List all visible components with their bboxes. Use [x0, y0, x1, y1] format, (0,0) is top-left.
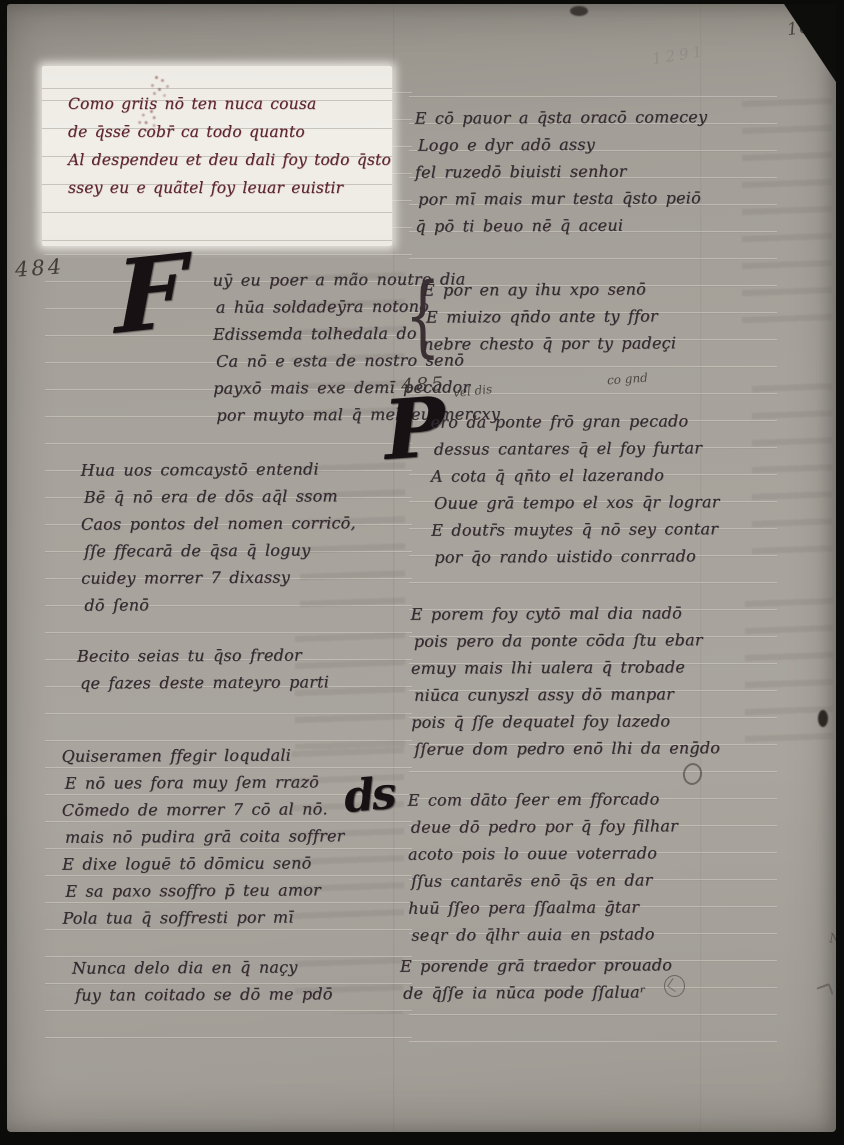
manuscript-line: dō ſenō — [84, 590, 356, 618]
bleedthrough-smudge — [742, 94, 832, 324]
right-stanza-5: E com dāto ſeer em fforcadodeue dō pedro… — [408, 785, 679, 948]
manuscript-line: por q̄o rando uistido conrrado — [434, 542, 720, 570]
torn-corner — [784, 4, 836, 82]
manuscript-line: ero da ponte frō gran pecado — [431, 407, 720, 436]
ink-stain — [570, 6, 588, 16]
manuscript-line: dessus cantares q̄ el foy furtar — [434, 434, 720, 462]
faded-foliation-number: 1291 — [651, 42, 707, 68]
manuscript-line: emuy mais lhi ualera q̄ trobade — [411, 653, 720, 682]
highlighted-excerpt-region: Como griis nō ten nuca cousade q̄ssē cob… — [42, 66, 392, 246]
scribal-note-corner: co gnd — [607, 371, 649, 388]
manuscript-line: acoto pois lo ouue voterrado — [408, 839, 678, 867]
manuscript-line: Hua uos comcaystō entendi — [81, 455, 356, 483]
left-stanza-5: Nunca delo dia en q̄ naçyfuy tan coitado… — [72, 953, 333, 1008]
manuscript-line: E dixe loguē tō dōmicu senō — [62, 849, 345, 877]
manuscript-line: de q̄ſſe ia nūca pode ſſaluaʳ — [403, 978, 672, 1006]
manuscript-line: payxō mais exe demī pecador — [213, 373, 500, 402]
manuscript-line: Cōmedo de morrer 7 cō al nō. — [62, 795, 345, 823]
manuscript-photo: 108 1291 Como griis nō ten nuca cousade … — [0, 0, 844, 1145]
manuscript-line: ssey eu e quãtel foy leuar euistir — [68, 174, 391, 202]
manuscript-line: q̄ pō ti beuo nē q̄ aceui — [415, 211, 708, 240]
margin-scribble — [816, 983, 833, 999]
manuscript-line: E porende grā traedor prouado — [400, 951, 672, 979]
manuscript-line: Pola tua q̄ soffresti por mī — [62, 903, 345, 931]
manuscript-line: E miuizo qn̄do ante ty ffor — [426, 302, 676, 330]
manuscript-line: A cota q̄ qn̄to el lazerando — [431, 461, 720, 490]
margin-letter-n: N — [828, 931, 836, 948]
manuscript-line: E por en ay ihu xpo senō — [423, 275, 676, 303]
ink-stain — [818, 710, 828, 727]
right-stanza-2: E por en ay ihu xpo senōE miuizo qn̄do a… — [423, 275, 676, 357]
manuscript-line: fel ruzedō biuisti senhor — [415, 157, 708, 186]
manuscript-line: Becito seias tu q̄so fredor — [77, 641, 329, 669]
manuscript-line: deue dō pedro por q̄ foy filhar — [411, 812, 678, 840]
right-stanza-1: E cō pauor a q̄sta oracō comeceyLogo e d… — [415, 103, 708, 240]
bleedthrough-smudge — [752, 379, 832, 569]
manuscript-line: nebre chesto q̄ por ty padeçi — [423, 329, 676, 357]
illuminated-initial-f: F — [115, 240, 186, 348]
manuscript-line: ſſus cantarēs enō q̄s en dar — [411, 866, 678, 894]
manuscript-line: Ouue grā tempo el xos q̄r lograr — [434, 488, 720, 516]
right-stanza-485: ero da ponte frō gran pecadodessus canta… — [431, 407, 720, 571]
left-stanza-3: Becito seias tu q̄so fredorqe fazes dest… — [77, 641, 329, 696]
manuscript-line: pois q̄ ſſe dequatel foy lazedo — [411, 707, 720, 736]
right-stanza-4: E porem foy cytō mal dia nadōpois pero d… — [411, 599, 721, 763]
manuscript-line: niūca cunyszl assy dō manpar — [414, 680, 720, 709]
bleedthrough-smudge — [745, 594, 833, 754]
manuscript-line: pois pero da ponte cōda ſtu ebar — [414, 626, 720, 655]
manuscript-line: Logo e dyr adō assy — [418, 130, 708, 159]
manuscript-line: cuidey morrer 7 dixassy — [81, 563, 356, 591]
manuscript-line: E doutr̄s muytes q̄ nō sey contar — [431, 515, 720, 544]
manuscript-line: E com dāto ſeer em fforcado — [408, 785, 678, 813]
manuscript-line: E nō ues fora muy ſem rrazō — [65, 768, 345, 796]
manuscript-line: E porem foy cytō mal dia nadō — [411, 599, 720, 628]
manuscript-line: mais nō pudira grā coita soffrer — [65, 822, 345, 850]
left-stanza-4: Quiseramen ffegir loqudaliE nō ues fora … — [62, 741, 345, 931]
manuscript-line: E sa paxo ssoffro p̄ teu amor — [65, 876, 345, 904]
marginal-abbreviation-ds: ds — [342, 772, 395, 820]
manuscript-line: qe fazes deste mateyro parti — [80, 668, 329, 696]
manuscript-line: Al despendeu et deu dali foy todo q̄sto — [68, 146, 391, 174]
manuscript-line: de q̄ssē cobr̄ ca todo quanto — [68, 118, 391, 146]
ink-speckles — [155, 76, 158, 79]
manuscript-line: Caos pontos del nomen corricō, — [81, 509, 356, 537]
manuscript-line: E cō pauor a q̄sta oracō comecey — [415, 103, 708, 132]
manuscript-line: por mī mais mur testa q̄sto peiō — [418, 184, 708, 213]
left-stanza-2: Hua uos comcaystō entendiBē q̄ nō era de… — [81, 455, 357, 618]
manuscript-line: seqr do q̄lhr auia en pstado — [411, 920, 678, 948]
manuscript-line: Quiseramen ffegir loqudali — [62, 741, 345, 769]
manuscript-line: fuy tan coitado se dō me pdō — [75, 980, 333, 1008]
cantiga-number-484: 484 — [14, 254, 65, 281]
right-stanza-6: E porende grā traedor prouadode q̄ſſe ia… — [400, 951, 672, 1006]
manuscript-line: Como griis nō ten nuca cousa — [68, 90, 391, 118]
circled-mark — [664, 975, 685, 997]
manuscript-line: ſſerue dom pedro enō lhi da enḡdo — [414, 734, 720, 763]
manuscript-line: Nunca delo dia en q̄ naçy — [72, 953, 333, 981]
rubric-excerpt-text: Como griis nō ten nuca cousade q̄ssē cob… — [68, 90, 391, 202]
manuscript-page: 108 1291 Como griis nō ten nuca cousade … — [7, 4, 836, 1132]
manuscript-line: huū ſſeo pera ſſaalma ḡtar — [408, 893, 678, 921]
manuscript-line: ſſe ffecarā de q̄sa q̄ loguy — [84, 536, 356, 564]
manuscript-line: Bē q̄ nō era de dōs aq̄l ssom — [84, 482, 356, 510]
